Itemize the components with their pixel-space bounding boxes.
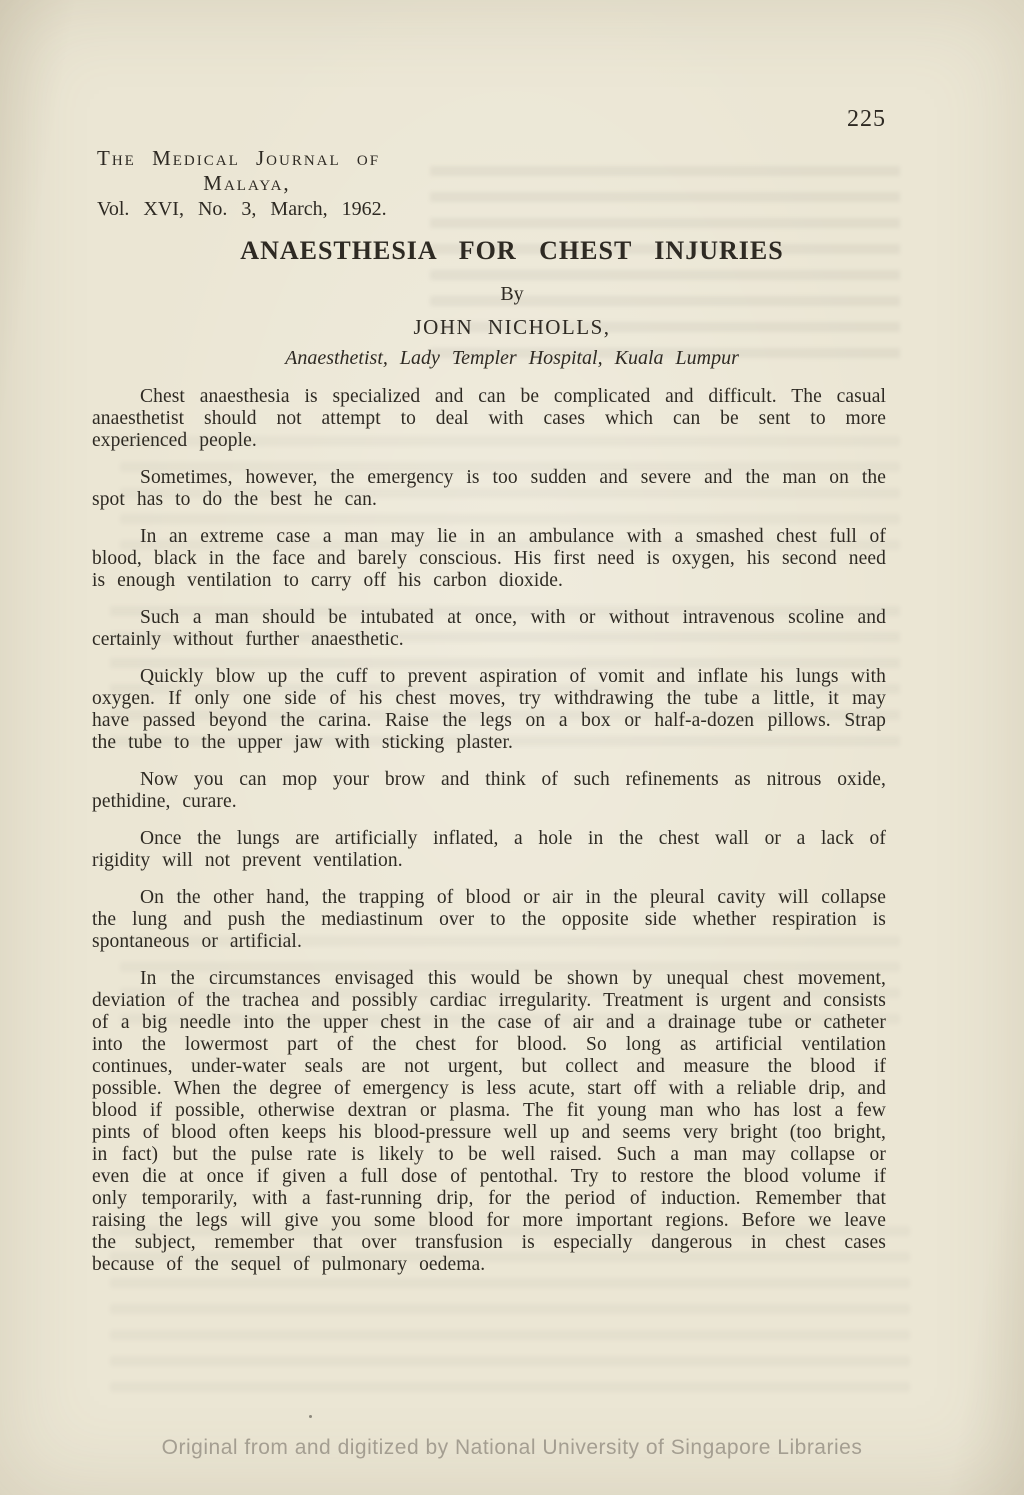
scanned-journal-page: 225 The Medical Journal of Malaya, Vol. … xyxy=(0,0,1024,1495)
body-paragraph: Sometimes, however, the emergency is too… xyxy=(92,467,886,511)
body-paragraph: In an extreme case a man may lie in an a… xyxy=(92,526,886,592)
paper-speck xyxy=(309,1415,312,1418)
article-title: ANAESTHESIA FOR CHEST INJURIES xyxy=(0,236,1024,266)
body-paragraph: Quickly blow up the cuff to prevent aspi… xyxy=(92,666,886,754)
body-paragraph: On the other hand, the trapping of blood… xyxy=(92,887,886,953)
journal-name-line: The Medical Journal of xyxy=(97,146,427,171)
byline-label: By xyxy=(0,283,1024,306)
journal-name-continued: Malaya, xyxy=(97,171,397,196)
page-number: 225 xyxy=(847,106,886,133)
body-paragraph: Such a man should be intubated at once, … xyxy=(92,607,886,651)
body-paragraph: Now you can mop your brow and think of s… xyxy=(92,769,886,813)
digitization-watermark: Original from and digitized by National … xyxy=(0,1436,1024,1460)
body-paragraph: In the circumstances envisaged this woul… xyxy=(92,968,886,1276)
volume-issue-date: Vol. XVI, No. 3, March, 1962. xyxy=(97,197,427,222)
article-body: Chest anaesthesia is specialized and can… xyxy=(92,386,886,1291)
author-name: JOHN NICHOLLS, xyxy=(0,315,1024,340)
author-affiliation: Anaesthetist, Lady Templer Hospital, Kua… xyxy=(0,347,1024,370)
body-paragraph: Chest anaesthesia is specialized and can… xyxy=(92,386,886,452)
body-paragraph: Once the lungs are artificially inflated… xyxy=(92,828,886,872)
journal-masthead: The Medical Journal of Malaya, Vol. XVI,… xyxy=(97,146,427,222)
